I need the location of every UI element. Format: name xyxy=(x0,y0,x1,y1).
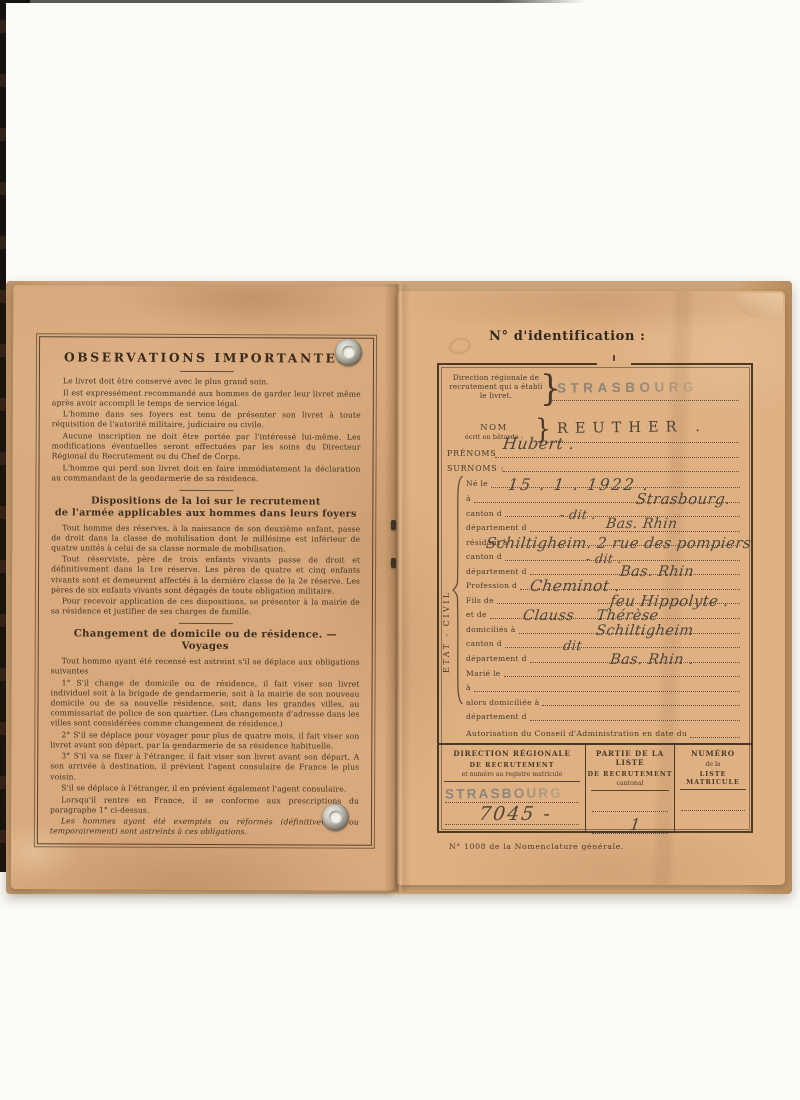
etat-civil-label: ÉTAT - CIVIL xyxy=(442,533,451,673)
form-field-row: département d Bas. Rhin xyxy=(466,563,742,578)
paragraph: Il est expressément recommandé aux homme… xyxy=(52,388,361,410)
dotted-line xyxy=(505,647,740,648)
liste-number: 1 xyxy=(629,817,642,833)
header-line: DE RECRUTEMENT xyxy=(439,761,585,769)
intro-section: Le livret doit être conservé avec le plu… xyxy=(51,376,360,484)
table-cell: 1 xyxy=(592,791,668,831)
form-field-row: canton d dit xyxy=(466,636,742,651)
section2-body: Tout homme des réserves, à la naissance … xyxy=(51,523,360,618)
right-page: N° d'identification : Direction régional… xyxy=(397,291,785,885)
table-header: NUMÉRO de la LISTE MATRICULE xyxy=(675,745,751,786)
table-cell: STRASBOURG 7045 - xyxy=(445,782,579,831)
paragraph: Les hommes ayant été exemptés ou réformé… xyxy=(50,817,359,837)
field-label: département d xyxy=(466,713,527,721)
dotted-line xyxy=(530,720,740,721)
nomenclature-footnote: N° 1008 de la Nomenclature générale. xyxy=(449,842,624,851)
table-col-numero: NUMÉRO de la LISTE MATRICULE xyxy=(674,745,751,831)
field-label: à xyxy=(466,684,471,692)
prenoms-value: Hubert . xyxy=(502,436,575,452)
dotted-line xyxy=(542,705,740,706)
autorisation-row: Autorisation du Conseil d'Administration… xyxy=(466,725,742,740)
divider xyxy=(179,371,233,372)
form-field-row: département d Bas. Rhin . xyxy=(466,651,742,666)
paragraph: 1° S'il change de domicile ou de résiden… xyxy=(50,678,359,730)
paragraph: Tout homme ayant été recensé est astrein… xyxy=(51,656,360,678)
field-label: Né le xyxy=(466,480,488,488)
matricule-number: 7045 - xyxy=(478,805,553,824)
section3-body: Tout homme ayant été recensé est astrein… xyxy=(50,656,360,836)
scanned-document: OBSERVATIONS IMPORTANTES Le livret doit … xyxy=(0,0,800,1100)
section2-heading-line1: Dispositions de la loi sur le recrutemen… xyxy=(91,495,321,507)
paragraph: L'homme dans ses foyers est tenu de prés… xyxy=(52,410,361,432)
form-field-row: Né le 15 . 1 . 1922 . xyxy=(466,476,742,491)
field-label: à xyxy=(466,495,471,503)
form-field-row: et de Clauss Thérèse xyxy=(466,607,742,622)
form-field-row: à Strasbourg. xyxy=(466,491,742,506)
table-row xyxy=(681,792,745,814)
form-field-row: canton d - dit . xyxy=(466,505,742,520)
table-cell xyxy=(681,790,745,831)
paragraph: 2° S'il se déplace pour voyager pour plu… xyxy=(50,730,359,752)
form-field-row: département d Bas. Rhin xyxy=(466,520,742,535)
field-label: département d xyxy=(466,568,527,576)
grommet-top xyxy=(335,339,362,366)
paragraph: Le livret doit être conservé avec le plu… xyxy=(52,376,361,387)
nom-value: REUTHER . xyxy=(557,420,707,437)
header-line: DIRECTION RÉGIONALE xyxy=(439,749,585,758)
form-field-row: résidant à Schiltigheim. 2 rue des pompi… xyxy=(466,534,742,549)
surnoms-label: SURNOMS : xyxy=(447,464,504,473)
field-value-handwritten: Bas. Rhin xyxy=(605,517,678,531)
header-line: DE RECRUTEMENT xyxy=(586,770,674,778)
field-label: domiciliés à xyxy=(466,626,516,634)
form-field-row: Fils de feu Hippolyte . xyxy=(466,592,742,607)
section2-heading-line2: de l'armée applicables aux hommes dans l… xyxy=(55,507,357,519)
dotted-line xyxy=(592,811,668,812)
dotted-line xyxy=(551,400,739,401)
nom-label-line1: NOM xyxy=(455,422,533,432)
dotted-line xyxy=(690,737,740,738)
header-line: de la xyxy=(675,761,751,768)
recruitment-table: DIRECTION RÉGIONALE DE RECRUTEMENT et nu… xyxy=(439,743,751,831)
ink-smudge xyxy=(447,335,472,356)
header-line: NUMÉRO xyxy=(675,749,751,758)
dotted-line xyxy=(505,560,740,561)
header-line: cantonal xyxy=(586,780,674,787)
form-field-row: alors domiciliée à xyxy=(466,694,742,709)
form-field-row: Profession d Cheminot . xyxy=(466,578,742,593)
table-header: PARTIE DE LA LISTE DE RECRUTEMENT canton… xyxy=(586,745,674,787)
table-row xyxy=(592,793,668,815)
field-label: département d xyxy=(466,655,527,663)
dotted-line xyxy=(681,810,745,811)
header-line: PARTIE DE LA LISTE xyxy=(586,749,674,767)
paragraph: Pour recevoir application de ces disposi… xyxy=(51,597,360,619)
identity-form: Direction régionale derecrutement qui a … xyxy=(437,363,753,833)
strasbourg-stamp-small: STRASBOURG xyxy=(445,785,563,801)
field-label: département d xyxy=(466,524,527,532)
dotted-line xyxy=(474,691,740,692)
observations-content: OBSERVATIONS IMPORTANTES Le livret doit … xyxy=(50,345,361,836)
field-label: Marié le xyxy=(466,670,501,678)
observations-title: OBSERVATIONS IMPORTANTES xyxy=(52,349,361,365)
corner-fold xyxy=(737,293,783,319)
paragraph: L'homme qui perd son livret doit en fair… xyxy=(51,463,360,485)
strasbourg-stamp: STRASBOURG xyxy=(557,379,698,395)
identification-heading: N° d'identification : xyxy=(489,329,646,344)
direction-label: Direction régionale derecrutement qui a … xyxy=(447,374,545,400)
direction-label-line: le livret. xyxy=(447,392,545,401)
table-row xyxy=(681,814,745,836)
form-field-row: à xyxy=(466,680,742,695)
table-row: 7045 - xyxy=(445,806,579,828)
table-col-liste: PARTIE DE LA LISTE DE RECRUTEMENT canton… xyxy=(585,745,674,831)
paragraph: Tout homme des réserves, à la naissance … xyxy=(51,523,360,555)
staple xyxy=(391,558,396,568)
form-field-row: Marié le xyxy=(466,665,742,680)
dotted-line xyxy=(503,471,739,472)
field-label: alors domiciliée à xyxy=(466,699,539,707)
field-label: canton d xyxy=(466,510,502,518)
border-break xyxy=(597,360,631,366)
header-line: et numéro au registre matricule xyxy=(439,771,585,778)
dotted-line xyxy=(445,824,579,825)
etat-civil-brace xyxy=(452,475,464,705)
field-label: canton d xyxy=(466,553,502,561)
grommet-hole xyxy=(329,811,342,824)
autorisation-label: Autorisation du Conseil d'Administration… xyxy=(466,730,687,738)
scan-edge-artifact-top xyxy=(0,0,585,3)
table-col-direction: DIRECTION RÉGIONALE DE RECRUTEMENT et nu… xyxy=(439,745,585,831)
grommet-bottom xyxy=(322,804,349,831)
paragraph: Aucune inscription ne doit être portée p… xyxy=(52,431,361,463)
paragraph: S'il se déplace à l'étranger, il en prév… xyxy=(50,783,359,794)
table-row: 1 xyxy=(592,815,668,837)
header-line: LISTE MATRICULE xyxy=(675,770,751,786)
section2-heading: Dispositions de la loi sur le recrutemen… xyxy=(51,495,360,520)
observations-box: OBSERVATIONS IMPORTANTES Le livret doit … xyxy=(37,336,374,845)
staple xyxy=(391,520,396,530)
field-label: et de xyxy=(466,611,487,619)
etat-civil-fields: Né le 15 . 1 . 1922 . à Strasbourg. cant… xyxy=(466,476,742,723)
paragraph: Lorsqu'il rentre en France, il se confor… xyxy=(50,795,359,817)
dotted-line xyxy=(504,676,740,677)
section3-heading: Changement de domicile ou de résidence. … xyxy=(51,629,360,654)
paragraph: Tout réserviste, père de trois enfants v… xyxy=(51,555,360,597)
field-label: Fils de xyxy=(466,597,494,605)
form-field-row: canton d - dit . xyxy=(466,549,742,564)
grommet-hole xyxy=(342,346,355,359)
divider xyxy=(178,623,232,624)
left-page: OBSERVATIONS IMPORTANTES Le livret doit … xyxy=(11,285,398,891)
form-field-row: domiciliés à Schiltigheim xyxy=(466,621,742,636)
table-header: DIRECTION RÉGIONALE DE RECRUTEMENT et nu… xyxy=(439,745,585,778)
dotted-line xyxy=(592,833,668,834)
prenoms-label: PRÉNOMS xyxy=(447,449,496,458)
dotted-line xyxy=(681,832,745,833)
form-field-row: département d xyxy=(466,709,742,724)
paragraph: 3° S'il va se fixer à l'étranger, il fai… xyxy=(50,752,359,784)
field-label: canton d xyxy=(466,640,502,648)
dotted-line xyxy=(495,457,739,458)
field-label: Profession d xyxy=(466,582,517,590)
divider xyxy=(179,490,233,491)
